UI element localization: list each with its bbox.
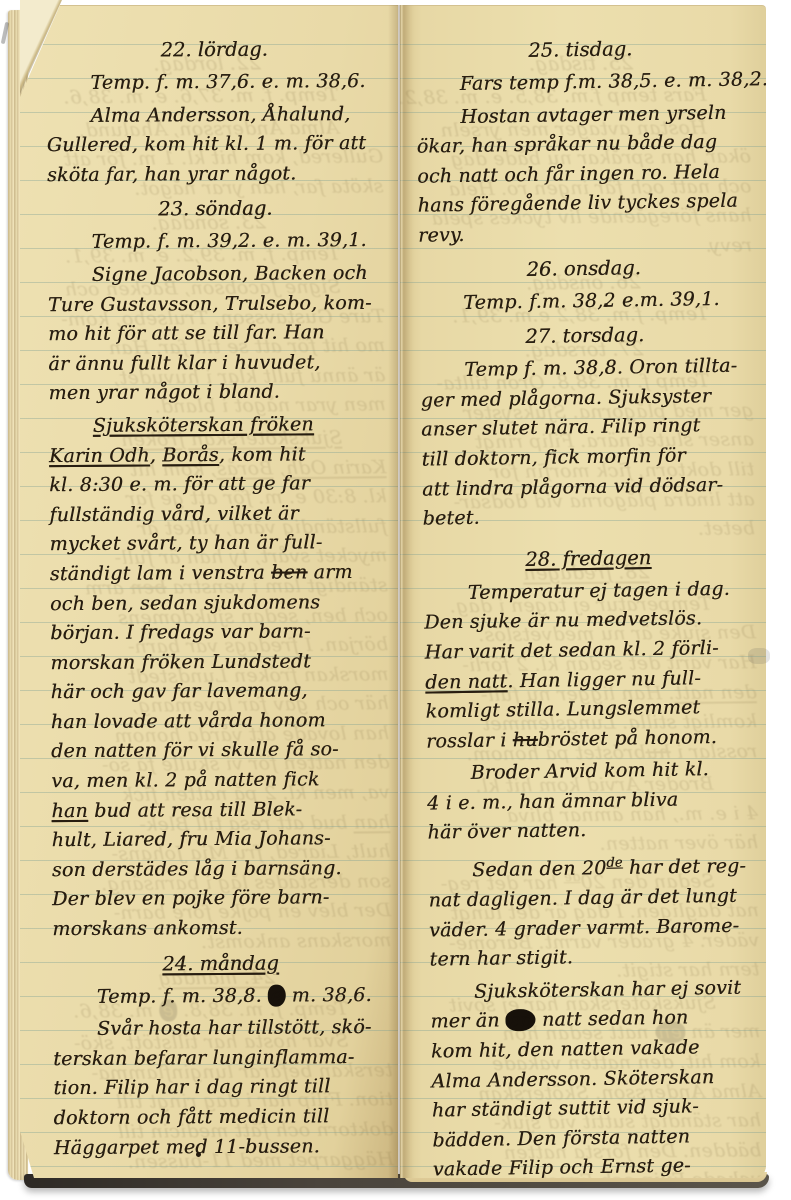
handwriting-line: början. I fredags var barn-: [50, 617, 386, 649]
handwriting-line: Alma Andersson, Åhalund,: [47, 99, 383, 131]
handwriting-line: sköta far, han yrar något.: [47, 159, 383, 191]
handwriting-line: ökar, han språkar nu både dag: [417, 128, 747, 163]
handwriting-line: vakade Filip och Ernst ge-: [433, 1151, 763, 1178]
handwriting-line: Temp. f. m. 38,8. e m. 38,6.: [53, 980, 389, 1012]
handwriting-line: betet.: [422, 500, 752, 535]
handwriting-line: mycket svårt, ty han är full-: [50, 528, 386, 560]
handwriting-line: att lindra plågorna vid dödsar-: [422, 470, 752, 505]
entry-heading: 22. lördag.: [46, 34, 382, 66]
handwriting-line: morskan fröken Lundstedt: [50, 647, 386, 679]
paragraph: Hostan avtager men yrselnökar, han språk…: [416, 98, 748, 251]
handwriting-line: men yrar något i bland.: [48, 377, 384, 409]
entry-heading: 27. torsdag.: [420, 319, 750, 354]
handwriting-line: nat dagligen. I dag är det lungt: [428, 881, 758, 916]
paragraph: Temp. f. m. 39,2. e. m. 39,1.: [47, 226, 383, 258]
handwriting-line: Temp. f. m. 39,2. e. m. 39,1.: [47, 226, 383, 258]
handwriting-line: Gullered, kom hit kl. 1 m. för att: [47, 129, 383, 161]
handwriting-line: Svår hosta har tillstött, skö-: [53, 1013, 389, 1045]
handwriting-line: kl. 8:30 e. m. för att ge far: [49, 469, 385, 501]
handwriting-line: Fars temp f.m. 38,5. e. m. 38,2.: [416, 65, 746, 100]
paragraph: Temp. f. m. 37,6. e. m. 38,6.: [46, 67, 382, 99]
entry-heading: 26. onsdag.: [418, 251, 748, 286]
handwriting-line: den natten för vi skulle få so-: [51, 735, 387, 767]
handwriting-line: rosslar i hubröstet på honom.: [426, 722, 756, 757]
paragraph: Svår hosta har tillstött, skö-terskan be…: [53, 1013, 390, 1163]
paragraph: Sjuksköterskan har ej sovitmer än en nat…: [430, 973, 763, 1178]
paragraph: Temp f. m. 38,8. Oron tillta-ger med plå…: [420, 352, 753, 535]
handwriting-line: tern har stigit.: [429, 941, 759, 976]
handwriting-line: ständigt lam i venstra ben arm: [50, 558, 386, 590]
paragraph: Sjuksköterskan frökenKarin Odh, Borås, k…: [49, 410, 389, 945]
handwriting-line: han bud att resa till Blek-: [51, 794, 387, 826]
paragraph: Fars temp f.m. 38,5. e. m. 38,2.: [416, 65, 746, 100]
paragraph: Signe Jacobson, Backen ochTure Gustavsso…: [48, 259, 385, 409]
handwriting-line: fullständig vård, vilket är: [49, 499, 385, 531]
handwriting-line: här över natten.: [427, 814, 757, 849]
handwriting-line: terskan befarar lunginflamma-: [53, 1043, 389, 1075]
entry-heading: 23. söndag.: [47, 193, 383, 225]
paragraph: Temperatur ej tagen i dag.Den sjuke är n…: [424, 574, 757, 757]
diary-page-left: 22. lördag.Temp. f. m. 37,6. e. m. 38,6.…: [20, 5, 398, 1178]
entry-heading: 28. fredagen: [423, 541, 753, 576]
entry-heading: 24. måndag: [52, 947, 388, 979]
handwriting-line: hans föregående liv tyckes spela: [417, 187, 747, 222]
handwriting-line: mo hit för att se till far. Han: [48, 318, 384, 350]
handwriting-line: här och gav far lavemang,: [51, 676, 387, 708]
handwriting-line: Der blev en pojke före barn-: [52, 883, 388, 915]
page-content-left: 22. lördag.Temp. f. m. 37,6. e. m. 38,6.…: [46, 29, 390, 1164]
entry-heading: 25. tisdag.: [415, 32, 745, 67]
diary-page-right: 25. tisdag.Fars temp f.m. 38,5. e. m. 38…: [400, 5, 766, 1178]
handwriting-line: Sjuksköterskan fröken: [49, 410, 385, 442]
handwriting-line: Sedan den 20de har det reg-: [428, 846, 759, 886]
handwriting-line: Signe Jacobson, Backen och: [48, 259, 384, 291]
handwriting-line: revy.: [418, 216, 748, 251]
handwriting-line: va, men kl. 2 på natten fick: [51, 765, 387, 797]
paragraph: Temp. f. m. 38,8. e m. 38,6.: [53, 980, 389, 1012]
handwriting-line: Broder Arvid kom hit kl.: [426, 755, 756, 790]
handwriting-line: väder. 4 grader varmt. Barome-: [429, 911, 759, 946]
handwriting-line: Ture Gustavsson, Trulsebo, kom-: [48, 288, 384, 320]
paragraph: Temp. f.m. 38,2 e.m. 39,1.: [419, 284, 749, 319]
handwriting-line: doktorn och fått medicin till: [54, 1102, 390, 1134]
handwriting-line: Häggarpet med 11-bussen.: [54, 1131, 390, 1163]
handwriting-line: och ben, sedan sjukdomens: [50, 587, 386, 619]
handwriting-line: Temp. f. m. 37,6. e. m. 38,6.: [46, 67, 382, 99]
handwriting-line: tion. Filip har i dag ringt till: [53, 1072, 389, 1104]
handwriting-line: Alma Andersson. Sköterskan: [431, 1062, 761, 1097]
handwriting-line: Temp f. m. 38,8. Oron tillta-: [420, 352, 750, 387]
handwriting-line: Temp. f.m. 38,2 e.m. 39,1.: [419, 284, 749, 319]
paragraph: Broder Arvid kom hit kl.4 i e. m., han ä…: [426, 755, 757, 849]
handwriting-line: Karin Odh, Borås, kom hit: [49, 439, 385, 471]
handwriting-line: morskans ankomst.: [52, 913, 388, 945]
handwriting-line: son derstädes låg i barnsäng.: [52, 854, 388, 886]
handwriting-line: Har varit det sedan kl. 2 förli-: [424, 633, 754, 668]
handwriting-line: Sjuksköterskan har ej sovit: [430, 973, 760, 1008]
diary-book: 22. lördag.Temp. f. m. 37,6. e. m. 38,6.…: [0, 0, 791, 1200]
handwriting-line: hult, Liared, fru Mia Johans-: [52, 824, 388, 856]
paragraph: Sedan den 20de har det reg-nat dagligen.…: [428, 846, 760, 975]
handwriting-line: är ännu fullt klar i huvudet,: [48, 348, 384, 380]
handwriting-line: ger med plågorna. Sjuksyster: [421, 381, 751, 416]
page-content-right: 25. tisdag.Fars temp f.m. 38,5. e. m. 38…: [415, 27, 763, 1178]
handwriting-line: Temperatur ej tagen i dag.: [424, 574, 754, 609]
handwriting-line: han lovade att vårda honom: [51, 706, 387, 738]
paragraph: Alma Andersson, Åhalund,Gullered, kom hi…: [47, 99, 384, 190]
scan-background: 22. lördag.Temp. f. m. 37,6. e. m. 38,6.…: [0, 0, 791, 1200]
